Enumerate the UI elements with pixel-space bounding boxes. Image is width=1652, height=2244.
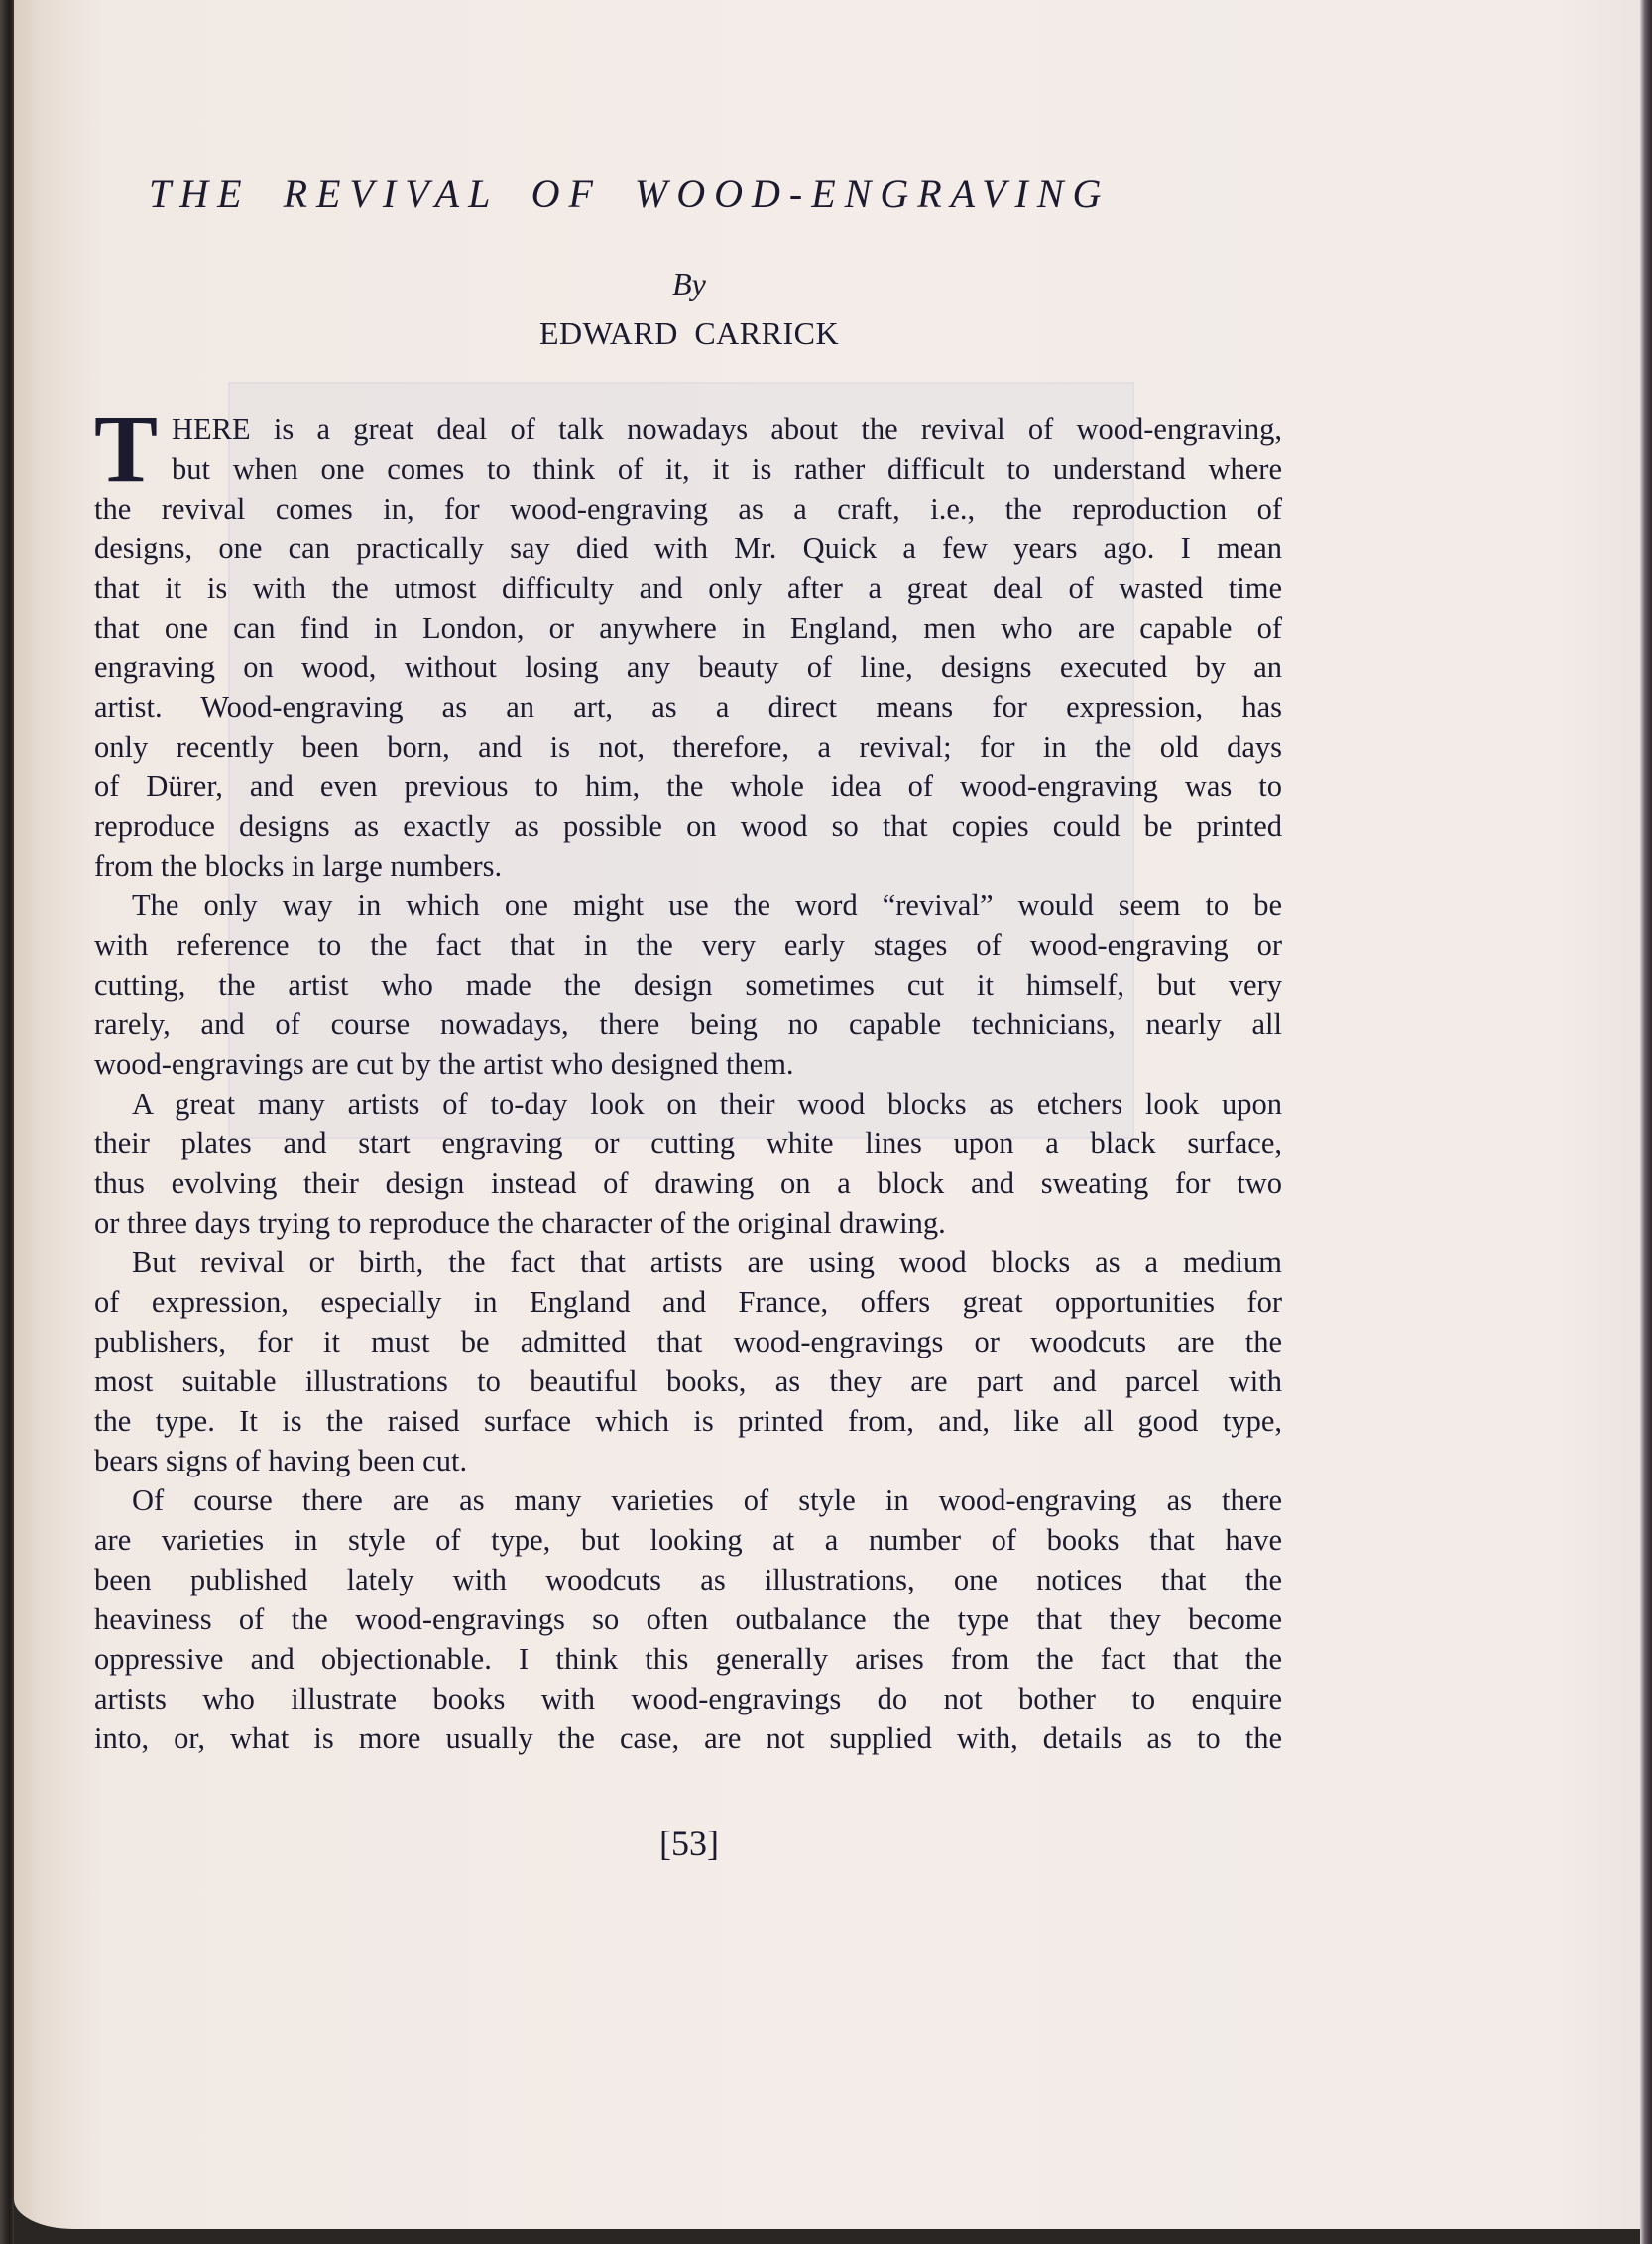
body-line: designs, one can practically say died wi… bbox=[94, 529, 1282, 568]
body-line: HERE is a great deal of talk nowadays ab… bbox=[94, 410, 1282, 449]
body-line: rarely, and of course nowadays, there be… bbox=[94, 1004, 1282, 1044]
body-line: Of course there are as many varieties of… bbox=[94, 1480, 1282, 1520]
body-line: from the blocks in large numbers. bbox=[94, 846, 1282, 886]
body-line: their plates and start engraving or cutt… bbox=[94, 1123, 1282, 1163]
body-line: The only way in which one might use the … bbox=[94, 886, 1282, 925]
body-line: are varieties in style of type, but look… bbox=[94, 1520, 1282, 1560]
body-line: engraving on wood, without losing any be… bbox=[94, 648, 1282, 687]
body-line: cutting, the artist who made the design … bbox=[94, 965, 1282, 1004]
body-line: publishers, for it must be admitted that… bbox=[94, 1322, 1282, 1361]
body-line: the type. It is the raised surface which… bbox=[94, 1401, 1282, 1441]
body-line: artists who illustrate books with wood-e… bbox=[94, 1679, 1282, 1718]
byline-prefix: By bbox=[0, 266, 1378, 302]
author-name: EDWARD CARRICK bbox=[0, 315, 1378, 352]
body-line: wood-engravings are cut by the artist wh… bbox=[94, 1044, 1282, 1084]
body-line: A great many artists of to-day look on t… bbox=[94, 1084, 1282, 1123]
body-line: most suitable illustrations to beautiful… bbox=[94, 1361, 1282, 1401]
body-line: only recently been born, and is not, the… bbox=[94, 727, 1282, 767]
page-number: [53] bbox=[0, 1823, 1378, 1864]
body-line: with reference to the fact that in the v… bbox=[94, 925, 1282, 965]
body-line: heaviness of the wood-engravings so ofte… bbox=[94, 1599, 1282, 1639]
body-line: that it is with the utmost difficulty an… bbox=[94, 568, 1282, 608]
body-line: the revival comes in, for wood-engraving… bbox=[94, 489, 1282, 529]
body-line: But revival or birth, the fact that arti… bbox=[94, 1242, 1282, 1282]
body-line: but when one comes to think of it, it is… bbox=[94, 449, 1282, 489]
body-line: thus evolving their design instead of dr… bbox=[94, 1163, 1282, 1203]
body-line: into, or, what is more usually the case,… bbox=[94, 1718, 1282, 1758]
body-line: been published lately with woodcuts as i… bbox=[94, 1560, 1282, 1599]
article-body: HERE is a great deal of talk nowadays ab… bbox=[94, 410, 1282, 1758]
body-line: oppressive and objectionable. I think th… bbox=[94, 1639, 1282, 1679]
body-line: reproduce designs as exactly as possible… bbox=[94, 806, 1282, 846]
body-line: of Dürer, and even previous to him, the … bbox=[94, 767, 1282, 806]
body-line: or three days trying to reproduce the ch… bbox=[94, 1203, 1282, 1242]
body-line: of expression, especially in England and… bbox=[94, 1282, 1282, 1322]
body-line: bears signs of having been cut. bbox=[94, 1441, 1282, 1480]
page-right-edge bbox=[1640, 0, 1652, 2244]
body-line: that one can find in London, or anywhere… bbox=[94, 608, 1282, 648]
article-title: THE REVIVAL OF WOOD-ENGRAVING bbox=[149, 171, 1239, 217]
body-line: artist. Wood-engraving as an art, as a d… bbox=[94, 687, 1282, 727]
